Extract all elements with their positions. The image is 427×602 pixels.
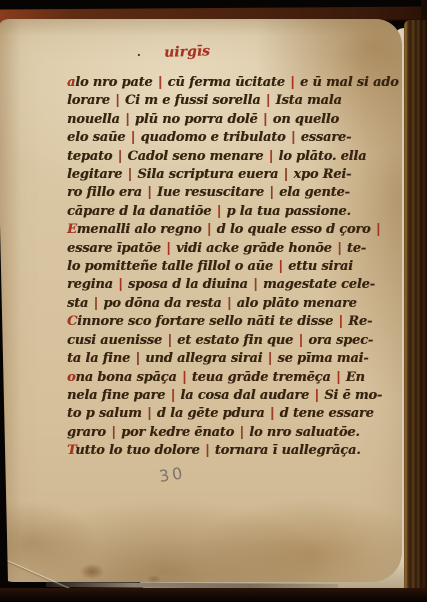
manuscript-line: ona bona spāça | teua grāde tremēça | En [67,369,367,387]
manuscript-line: Emenalli alo regno | d lo quale esso d ç… [67,221,367,239]
manuscript-line: alo nro pate | cū ferma ūcitate | e ū ma… [67,74,367,92]
book-fore-edge-pages [404,20,427,588]
manuscript-line: tepato | Cadol seno menare | lo plāto. e… [67,148,367,166]
manuscript-line: to p salum | d la gēte pdura | d tene es… [67,405,367,423]
pencil-folio-number: 30 [158,464,187,486]
manuscript-line: nela fine pare | la cosa dal audare | Si… [67,387,367,405]
parchment-page: uirgīs · alo nro pate | cū ferma ūcitate… [0,19,402,582]
manuscript-line: Cinnore sco fortare sello nāti te disse … [67,313,367,331]
manuscript-line: regina | sposa d la diuina | magestate c… [67,276,367,294]
manuscript-photo: { "manuscript": { "running_title": "uirg… [0,0,427,602]
book-cover-bottom-edge [0,588,427,602]
manuscript-line: essare īpatōe | vidi acke grāde honōe | … [67,240,367,258]
manuscript-line: ta la fine | und allegra sirai | se pīma… [67,350,367,368]
manuscript-line: ro fillo era | Iue resuscitare | ela gen… [67,184,367,202]
text-block: alo nro pate | cū ferma ūcitate | e ū ma… [67,74,367,461]
title-dot-mark: · [137,49,141,62]
manuscript-line: lorare | Ci m e fussi sorella | Ista mal… [67,92,367,110]
manuscript-line: nouella | plū no porra dolē | on quello [67,111,367,129]
manuscript-line: cāpare d la danatiōe | p la tua passione… [67,203,367,221]
manuscript-line: cusi auenisse | et estato fin que | ora … [67,332,367,350]
ink-smudge [80,564,104,579]
manuscript-line: legitare | Sila scriptura euera | xpo Re… [67,166,367,184]
manuscript-line: graro | por kedre ēnato | lo nro saluatō… [67,424,367,442]
manuscript-line: sta | po dōna da resta | alo plāto menar… [67,295,367,313]
manuscript-line: lo pomitteñe talle fillol o aūe | ettu s… [67,258,367,276]
manuscript-line: elo saūe | quadomo e tribulato | essare- [67,129,367,147]
running-title-rubric: uirgīs [147,43,228,62]
manuscript-line: Tutto lo tuo dolore | tornara ī uallegrā… [67,442,367,460]
